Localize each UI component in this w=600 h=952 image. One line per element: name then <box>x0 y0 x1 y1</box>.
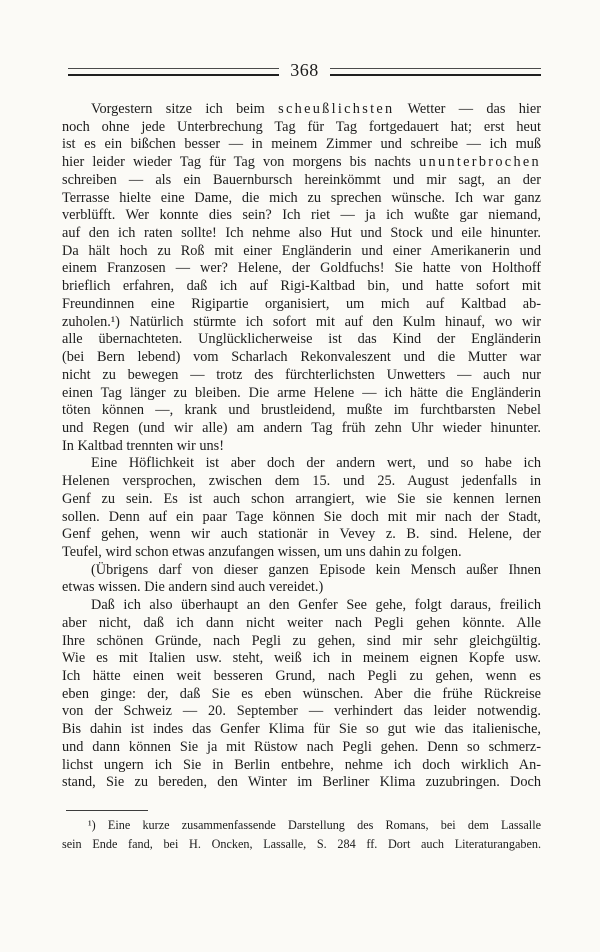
text-line: stand, Sie zu bereden, den Winter im Ber… <box>62 774 541 792</box>
text-line: und Regen (und wir alle) am andern Tag f… <box>62 420 541 438</box>
text-line: sein Ende fand, bei H. Oncken, Lassalle,… <box>62 835 541 854</box>
text-line: ist es ein bißchen besser — in meinem Zi… <box>62 136 541 154</box>
paragraph: Eine Höflichkeit ist aber doch der ander… <box>62 455 541 561</box>
text-line: einem Franzosen — wer? Helene, der Goldf… <box>62 260 541 278</box>
paragraph: Daß ich also überhaupt an den Genfer See… <box>62 597 541 792</box>
text-line: (bei Bern lebend) vom Scharlach Rekonval… <box>62 349 541 367</box>
text-line: Daß ich also überhaupt an den Genfer See… <box>62 597 541 615</box>
page-body: Vorgestern sitze ich beim scheußlichsten… <box>62 101 541 792</box>
page-header: 368 <box>68 57 541 83</box>
text-line: schreiben — als ein Bauernbursch hereink… <box>62 172 541 190</box>
footnote: ¹) Eine kurze zusammenfassende Darstellu… <box>62 816 541 854</box>
paragraph: (Übrigens darf von dieser ganzen Episode… <box>62 562 541 597</box>
book-page: 368 Vorgestern sitze ich beim scheußlich… <box>0 0 600 952</box>
text-line: (Übrigens darf von dieser ganzen Episode… <box>62 562 541 580</box>
text-line: töten können —, krank und brustleidend, … <box>62 402 541 420</box>
text-line: verblüfft. Wer konnte dies sein? Ich rie… <box>62 207 541 225</box>
text-line: Ihre schönen Gründe, nach Pegli zu gehen… <box>62 633 541 651</box>
text-line: lichst ungern ich Sie in Berlin entbehre… <box>62 757 541 775</box>
text-line: Terrasse hielte eine Dame, die mich zu s… <box>62 190 541 208</box>
header-rule-left <box>68 68 279 76</box>
text-line: Teufel, wird schon etwas anzufangen wiss… <box>62 544 541 562</box>
text-line: alle übernachteten. Unglücklicherweise i… <box>62 331 541 349</box>
text-line: einen Tag länger zu bleiben. Die arme He… <box>62 385 541 403</box>
text-line: hier leider wieder Tag für Tag von morge… <box>62 154 541 172</box>
text-line: Wie es mit Italien usw. steht, weiß ich … <box>62 650 541 668</box>
text-line: auf den ich raten sollte! Ich nehme also… <box>62 225 541 243</box>
text-line: eben ginge: der, daß Sie es eben wünsche… <box>62 686 541 704</box>
text-line: von der Schweiz — 20. September — verhin… <box>62 703 541 721</box>
text-line: zuholen.¹) Natürlich stürmte ich sofort … <box>62 314 541 332</box>
footnote-separator <box>66 810 148 811</box>
text-line: Ich hätte einen weit besseren Grund, nac… <box>62 668 541 686</box>
text-line: Da hält hoch zu Roß mit einer Engländeri… <box>62 243 541 261</box>
text-line: In Kaltbad trennten wir uns! <box>62 438 541 456</box>
page-number: 368 <box>288 61 321 79</box>
text-line: noch ohne jede Unterbrechung Tag für Tag… <box>62 119 541 137</box>
header-rule-right <box>330 68 541 76</box>
letterspaced-emphasis: ununterbrochen <box>419 154 541 170</box>
text-line: Vorgestern sitze ich beim scheußlichsten… <box>62 101 541 119</box>
text-line: Genf zu sein. Es ist auch schon arrangie… <box>62 491 541 509</box>
text-line: Eine Höflichkeit ist aber doch der ander… <box>62 455 541 473</box>
paragraph: Vorgestern sitze ich beim scheußlichsten… <box>62 101 541 455</box>
text-line: brieflich erfahren, daß ich auf Rigi-Kal… <box>62 278 541 296</box>
text-line: Freundinnen eine Rigipartie organisiert,… <box>62 296 541 314</box>
text-line: und dann können Sie ja mit Rüstow nach P… <box>62 739 541 757</box>
text-line: sollen. Denn auf ein paar Tage können Si… <box>62 509 541 527</box>
text-line: Genf gehen, wenn wir auch stationär in V… <box>62 526 541 544</box>
text-line: nicht zu bewegen — trotz des fürchterlic… <box>62 367 541 385</box>
text-line: etwas wissen. Die andern sind auch verei… <box>62 579 541 597</box>
text-line: aber nicht, daß ich dann nicht weiter na… <box>62 615 541 633</box>
letterspaced-emphasis: scheußlichsten <box>278 101 394 117</box>
text-line: Helenen versprochen, zwischen dem 15. un… <box>62 473 541 491</box>
text-line: Bis dahin ist indes das Genfer Klima für… <box>62 721 541 739</box>
text-line: ¹) Eine kurze zusammenfassende Darstellu… <box>62 816 541 835</box>
